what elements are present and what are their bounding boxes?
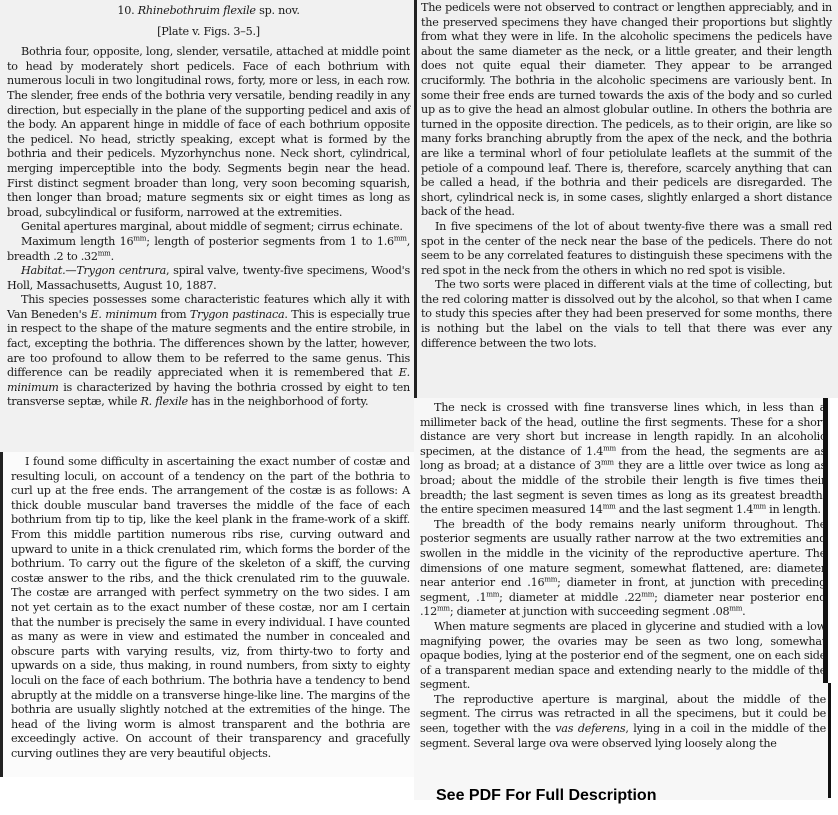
comparison-paragraph: This species possesses some characterist… (7, 293, 410, 410)
clip-pedicels-description: The pedicels were not observed to contra… (414, 0, 838, 398)
unit-mm: mm (394, 234, 407, 242)
species-suffix: sp. nov. (259, 4, 300, 17)
unit-mm: mm (133, 234, 146, 242)
scan-edge-border (823, 398, 828, 683)
plate-reference: [Plate v. Figs. 3–5.] (7, 25, 410, 40)
breadth-paragraph: The breadth of the body remains nearly u… (420, 518, 826, 620)
vials-paragraph: The two sorts were placed in different v… (421, 278, 832, 351)
red-spot-paragraph: In five specimens of the lot of about tw… (421, 220, 832, 278)
species-title: 10. Rhinebothruim flexile sp. nov. (7, 4, 410, 19)
host-name: Trygon centrura (76, 264, 166, 277)
habitat-label: Habitat.— (21, 264, 76, 277)
measurements-paragraph: Maximum length 16mm; length of posterior… (7, 235, 410, 264)
habitat-paragraph: Habitat.—Trygon centrura, spiral valve, … (7, 264, 410, 293)
reproductive-aperture-paragraph: The reproductive aperture is marginal, a… (420, 693, 826, 751)
pedicels-paragraph: The pedicels were not observed to contra… (421, 1, 832, 220)
species-name: Rhinebothruim flexile (138, 4, 256, 17)
scan-edge-border (828, 683, 831, 798)
species-number: 10. (117, 4, 134, 17)
clip-costae-description: I found some difficulty in ascertaining … (0, 452, 414, 777)
clip-segments-description: The neck is crossed with fine transverse… (414, 398, 830, 800)
unit-mm: mm (98, 249, 111, 257)
see-pdf-note: See PDF For Full Description (436, 787, 736, 805)
neck-segments-paragraph: The neck is crossed with fine transverse… (420, 401, 826, 518)
costae-paragraph: I found some difficulty in ascertaining … (11, 455, 410, 761)
clip-species-heading-description: 10. Rhinebothruim flexile sp. nov. [Plat… (0, 0, 414, 452)
genital-apertures-paragraph: Genital apertures marginal, about middle… (7, 220, 410, 235)
ovaries-paragraph: When mature segments are placed in glyce… (420, 620, 826, 693)
description-paragraph: Bothria four, opposite, long, slender, v… (7, 45, 410, 220)
